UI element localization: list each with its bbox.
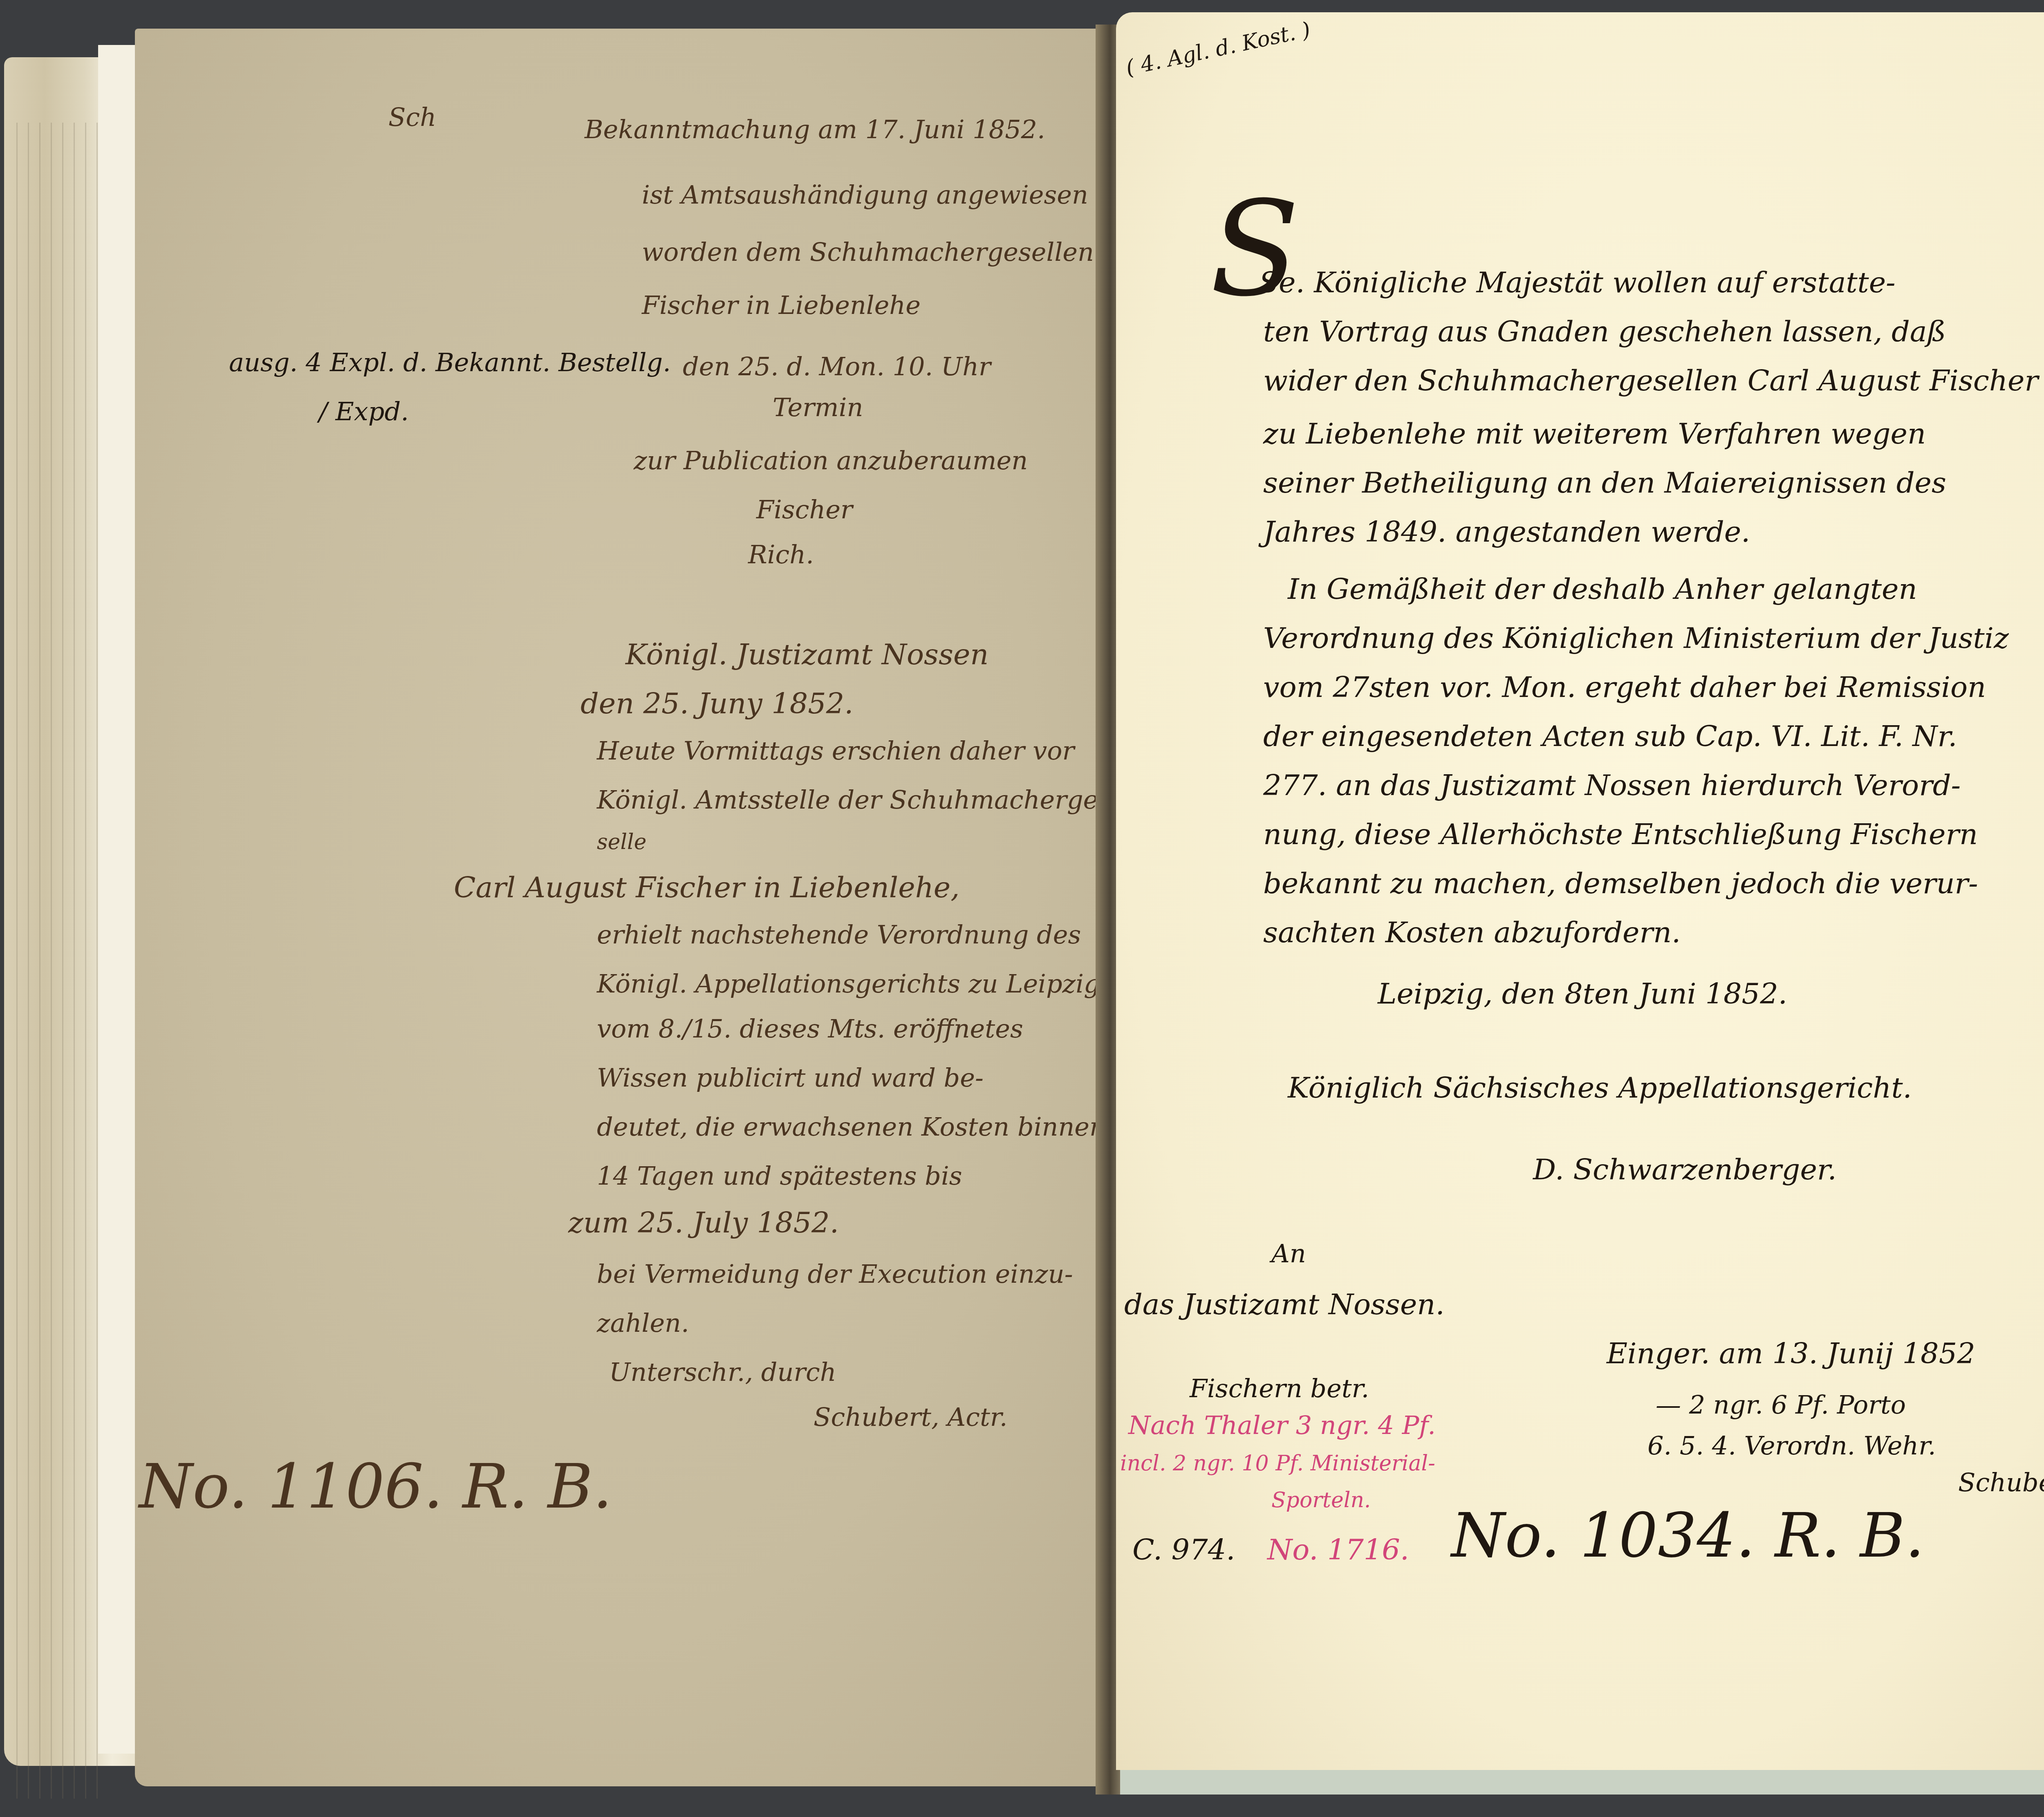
body-line: ten Vortrag aus Gnaden geschehen lassen,… [1263, 315, 1946, 348]
court-closing: Unterschr., durch [609, 1357, 836, 1387]
court-line: selle [597, 830, 647, 854]
note-line: Termin [773, 392, 863, 422]
court-line: bei Vermeidung der Execution einzu- [597, 1259, 1073, 1289]
pink-number: No. 1716. [1267, 1533, 1409, 1566]
court-line: Königl. Appellationsgerichts zu Leipzig [597, 969, 1100, 999]
top-note: ( 4. Agl. d. Kost. ) [1124, 18, 1313, 81]
left-page: Sch Bekanntmachung am 17. Juni 1852. ist… [135, 29, 1108, 1786]
address-prefix: An [1271, 1239, 1306, 1268]
ref-code: C. 974. [1132, 1533, 1235, 1566]
note-line: worden dem Schuhmachergesellen [642, 237, 1094, 267]
note-line: den 25. d. Mon. 10. Uhr [683, 352, 991, 381]
court-line: zum 25. July 1852. [568, 1206, 839, 1239]
margin-note-line: / Expd. [319, 397, 409, 426]
court-line: erhielt nachstehende Verordnung des [597, 920, 1081, 950]
body-line: nung, diese Allerhöchste Entschließung F… [1263, 818, 1978, 851]
body-line: 277. an das Justizamt Nossen hierdurch V… [1263, 768, 1961, 802]
note-line: Rich. [748, 540, 814, 569]
note-line: zur Publication anzuberaumen [634, 446, 1028, 475]
note-line: Fischer in Liebenlehe [642, 290, 921, 320]
body-line: Se. Königliche Majestät wollen auf ersta… [1259, 266, 1896, 299]
body-line: sachten Kosten abzufordern. [1263, 916, 1681, 949]
court-line: Königl. Amtsstelle der Schuhmacherge- [597, 785, 1107, 815]
court-line: vom 8./15. dieses Mts. eröffnetes [597, 1014, 1023, 1044]
court-line: Heute Vormittags erschien daher vor [597, 736, 1074, 766]
body-line: vom 27sten vor. Mon. ergeht daher bei Re… [1263, 670, 1986, 704]
stack-lines [16, 123, 102, 1799]
body-line: Verordnung des Königlichen Ministerium d… [1263, 621, 2009, 655]
body-line: In Gemäßheit der deshalb Anher gelangten [1288, 572, 1917, 606]
left-file-number: No. 1106. R. B. [139, 1451, 612, 1522]
open-ledger-book: Sch Bekanntmachung am 17. Juni 1852. ist… [0, 0, 2044, 1817]
court-date: den 25. Juny 1852. [580, 687, 854, 720]
court-signature: Schubert, Actr. [814, 1402, 1007, 1432]
fee-note: Fischern betr. [1190, 1373, 1369, 1403]
pink-stamp-line: Sporteln. [1271, 1488, 1371, 1512]
body-line: wider den Schuhmachergesellen Carl Augus… [1263, 364, 2038, 397]
received-line: — 2 ngr. 6 Pf. Porto [1656, 1390, 1906, 1420]
right-page: ( 4. Agl. d. Kost. ) 46. S Se. Königlich… [1116, 12, 2044, 1770]
court-line: Carl August Fischer in Liebenlehe, [454, 871, 959, 904]
body-line: der eingesendeten Acten sub Cap. VI. Lit… [1263, 719, 1957, 753]
margin-note-line: ausg. 4 Expl. d. Bekannt. Bestellg. [229, 347, 671, 377]
court-line: deutet, die erwachsenen Kosten binnen [597, 1112, 1106, 1142]
body-line: seiner Betheiligung an den Maiereignisse… [1263, 466, 1946, 500]
court-heading: Königl. Justizamt Nossen [625, 638, 988, 671]
note-line: ist Amtsaushändigung angewiesen [642, 180, 1088, 210]
body-line: Jahres 1849. angestanden werde. [1263, 515, 1750, 549]
court-line: 14 Tagen und spätestens bis [597, 1161, 962, 1191]
court-line: zahlen. [597, 1308, 689, 1338]
place-date: Leipzig, den 8ten Juni 1852. [1378, 977, 1787, 1010]
received-line: Einger. am 13. Junij 1852 [1607, 1337, 1975, 1370]
issuer: Königlich Sächsisches Appellationsgerich… [1288, 1071, 1912, 1105]
address-recipient: das Justizamt Nossen. [1124, 1288, 1445, 1321]
receiver-signature: Schubert [1958, 1467, 2044, 1497]
pink-stamp-line: Nach Thaler 3 ngr. 4 Pf. [1128, 1410, 1436, 1440]
note-line: Fischer [756, 495, 853, 524]
signatory: D. Schwarzenberger. [1533, 1153, 1837, 1186]
received-line: 6. 5. 4. Verordn. Wehr. [1647, 1431, 1936, 1461]
left-header-mark: Sch [388, 102, 436, 132]
body-line: bekannt zu machen, demselben jedoch die … [1263, 867, 1978, 900]
pink-stamp-line: incl. 2 ngr. 10 Pf. Ministerial- [1120, 1451, 1435, 1476]
right-file-number: No. 1034. R. B. [1451, 1500, 1925, 1571]
court-line: Wissen publicirt und ward be- [597, 1063, 984, 1093]
note-line: Bekanntmachung am 17. Juni 1852. [585, 114, 1045, 144]
body-line: zu Liebenlehe mit weiterem Verfahren weg… [1263, 417, 1926, 450]
